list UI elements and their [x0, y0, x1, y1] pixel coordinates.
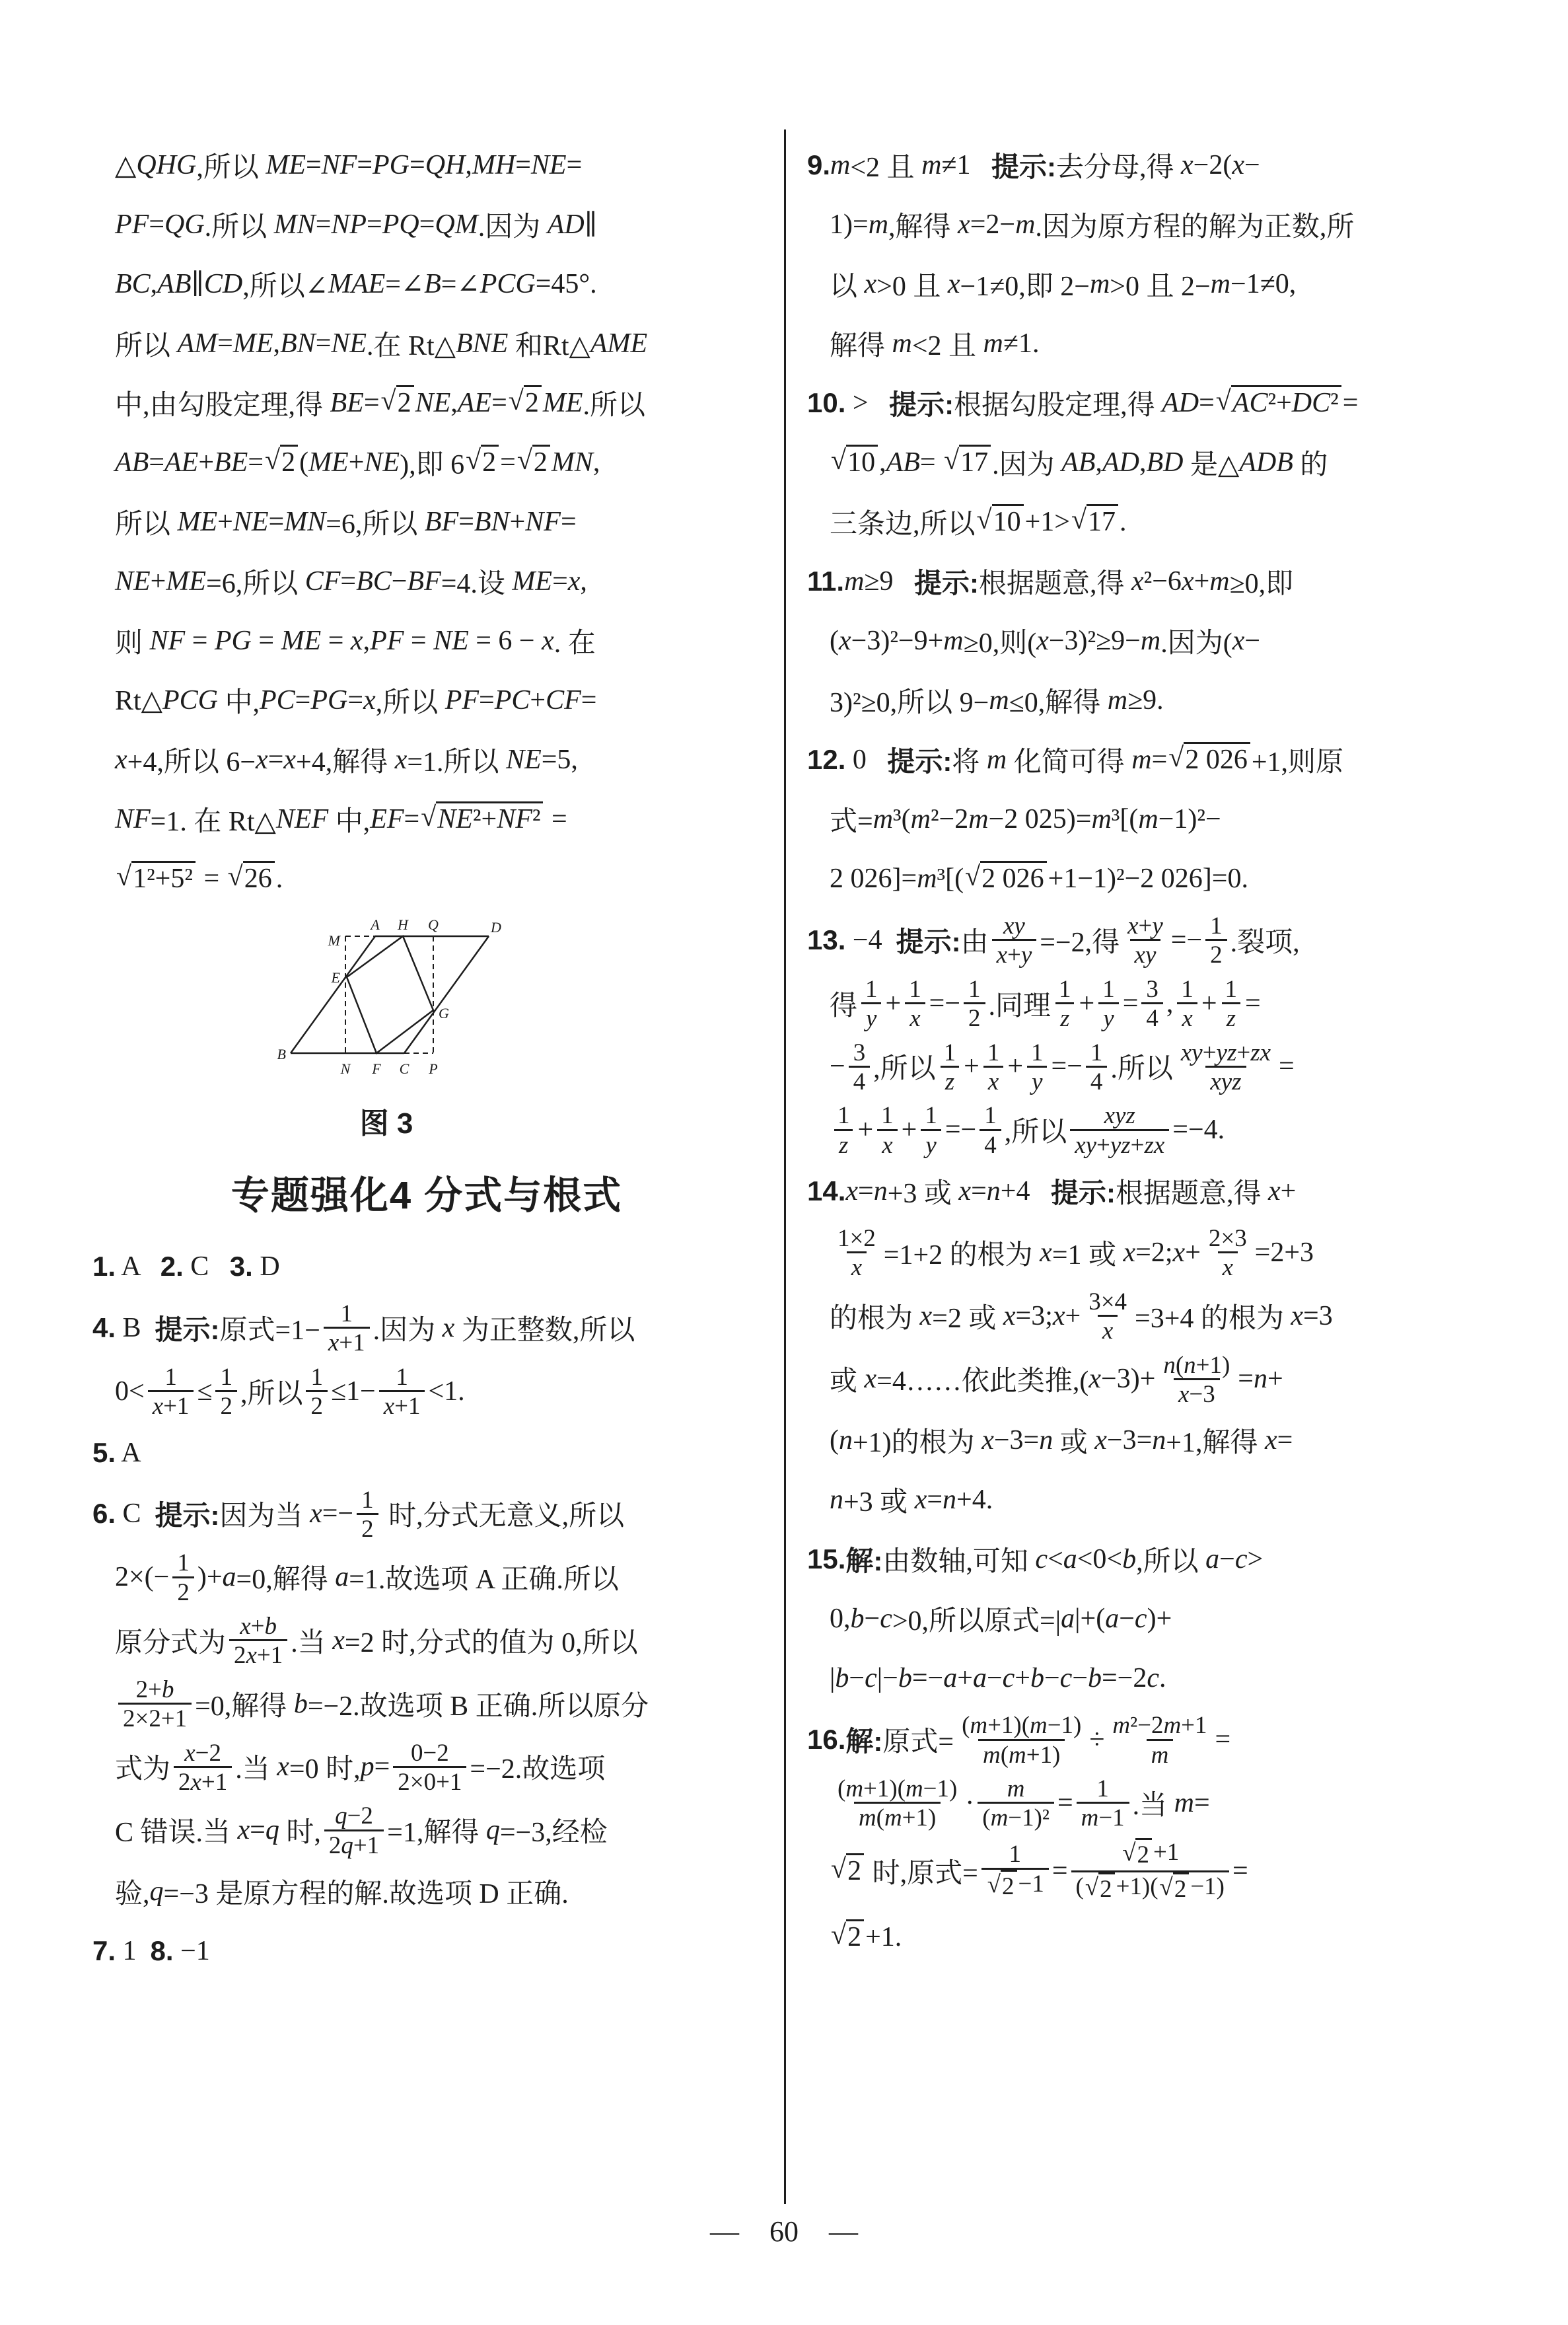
text-line: 13. −4 提示:由xyx+y=−2,得x+yxy=−12.裂项,	[807, 908, 1476, 972]
text-line: √1²+5² = √26.	[92, 849, 761, 908]
left-column: △QHG,所以 ME=NF=PG=QH,MH=NE=PF=QG.所以 MN=NP…	[92, 135, 761, 1981]
text-line: BC,AB∥CD,所以∠MAE=∠B=∠PCG=45°.	[92, 254, 761, 314]
text-line: AB=AE+BE=√2(ME+NE),即 6√2=√2MN,	[92, 433, 761, 492]
label-Q: Q	[428, 918, 439, 933]
text-line: √10,AB= √17.因为 AB,AD,BD 是△ADB 的	[807, 433, 1476, 492]
text-line: √2+1.	[807, 1907, 1476, 1967]
text-line: 中,由勾股定理,得 BE=√2NE,AE=√2ME.所以	[92, 373, 761, 433]
label-A: A	[369, 918, 380, 933]
right-column: 9. m<2 且 m≠1 提示:去分母,得 x−2(x−1)=m,解得 x=2−…	[807, 135, 1476, 1967]
text-line: 的根为 x=2 或 x=3;x+3×4x=3+4 的根为 x=3	[807, 1284, 1476, 1348]
label-N: N	[340, 1060, 351, 1077]
text-line: 验,q=−3 是原方程的解.故选项 D 正确.	[92, 1862, 761, 1921]
text-line: 2 026]=m³[(√2 026+1−1)²−2 026]=0.	[807, 849, 1476, 908]
page-number: 60	[769, 2215, 799, 2248]
figure-caption: 图 3	[267, 1099, 505, 1142]
column-divider	[784, 129, 786, 2204]
text-line: 1)=m,解得 x=2−m.因为原方程的解为正数,所	[807, 195, 1476, 254]
text-line: 则 NF = PG = ME = x,PF = NE = 6 − x. 在	[92, 611, 761, 671]
text-line: △QHG,所以 ME=NF=PG=QH,MH=NE=	[92, 135, 761, 195]
text-line: (m+1)(m−1)m(m+1)·m(m−1)²=1m−1.当 m=	[807, 1771, 1476, 1835]
text-line: 3)²≥0,所以 9−m≤0,解得 m≥9.	[807, 671, 1476, 730]
solution-text: △QHG,所以 ME=NF=PG=QH,MH=NE=PF=QG.所以 MN=NP…	[92, 135, 761, 908]
text-line: C 错误.当 x=q 时,q−22q+1=1,解得 q=−3,经检	[92, 1798, 761, 1862]
text-line: (n+1)的根为 x−3=n 或 x−3=n+1,解得 x=	[807, 1411, 1476, 1470]
text-line: PF=QG.所以 MN=NP=PQ=QM.因为 AD∥	[92, 195, 761, 254]
page: { "page": { "background": "#ffffff", "in…	[0, 0, 1568, 2325]
text-line: 7. 1 8. −1	[92, 1921, 761, 1981]
label-G: G	[439, 1005, 449, 1021]
text-line: 式=m³(m²−2m−2 025)=m³[(m−1)²−	[807, 790, 1476, 849]
text-line: NF=1. 在 Rt△NEF 中,EF=√NE²+NF² =	[92, 790, 761, 849]
text-line: −34,所以1z+1x+1y=−14.所以xy+yz+zxxyz=	[807, 1035, 1476, 1099]
text-line: x+4,所以 6−x=x+4,解得 x=1.所以 NE=5,	[92, 730, 761, 790]
right-answers: 9. m<2 且 m≠1 提示:去分母,得 x−2(x−1)=m,解得 x=2−…	[807, 135, 1476, 1967]
label-B: B	[277, 1046, 286, 1062]
section-header: 专题强化4 分式与根式	[92, 1164, 761, 1220]
text-line: 解得 m<2 且 m≠1.	[807, 314, 1476, 373]
parallelogram-square-diagram: M A H Q D E G B N F C P	[267, 918, 505, 1083]
text-line: |b−c|−b=−a+a−c+b−c−b=−2c.	[807, 1648, 1476, 1708]
label-C: C	[400, 1060, 410, 1077]
text-line: NE+ME=6,所以 CF=BC−BF=4.设 ME=x,	[92, 552, 761, 611]
text-line: Rt△PCG 中,PC=PG=x,所以 PF=PC+CF=	[92, 671, 761, 730]
text-line: 1z+1x+1y=−14,所以xyzxy+yz+zx=−4.	[807, 1098, 1476, 1162]
label-F: F	[371, 1060, 381, 1077]
figure-3: M A H Q D E G B N F C P 图 3	[267, 918, 505, 1142]
text-line: 15. 解:由数轴,可知 c<a<0<b,所以 a−c>	[807, 1530, 1476, 1589]
text-line: 0<1x+1≤12,所以12≤1−1x+1<1.	[92, 1360, 761, 1423]
label-H: H	[397, 918, 409, 933]
text-line: 12. 0 提示:将 m 化简可得 m=√2 026+1,则原	[807, 730, 1476, 790]
text-line: 或 x=4……依此类推,(x−3)+n(n+1)x−3=n+	[807, 1348, 1476, 1411]
label-M: M	[328, 932, 341, 949]
left-answers: 1. A 2. C 3. D4. B 提示:原式=1−1x+1.因为 x 为正整…	[92, 1237, 761, 1981]
text-line: 6. C 提示:因为当 x=−12 时,分式无意义,所以	[92, 1483, 761, 1546]
text-line: 0,b−c>0,所以原式=|a|+(a−c)+	[807, 1589, 1476, 1648]
text-line: 得1y+1x=−12.同理1z+1y=34,1x+1z=	[807, 972, 1476, 1035]
text-line: 11. m≥9 提示:根据题意,得 x²−6x+m≥0,即	[807, 552, 1476, 611]
text-line: 14. x=n+3 或 x=n+4 提示:根据题意,得 x+	[807, 1162, 1476, 1221]
text-line: n+3 或 x=n+4.	[807, 1470, 1476, 1530]
page-footer: — 60 —	[0, 2215, 1568, 2248]
label-D: D	[490, 919, 501, 936]
text-line: 原分式为x+b2x+1.当 x=2 时,分式的值为 0,所以	[92, 1609, 761, 1672]
text-line: 1. A 2. C 3. D	[92, 1237, 761, 1296]
text-line: 1×2x=1+2 的根为 x=1 或 x=2;x+2×3x=2+3	[807, 1221, 1476, 1284]
text-line: 2×(−12)+a=0,解得 a=1.故选项 A 正确.所以	[92, 1545, 761, 1609]
text-line: 2+b2×2+1=0,解得 b=−2.故选项 B 正确.所以原分	[92, 1672, 761, 1736]
text-line: 4. B 提示:原式=1−1x+1.因为 x 为正整数,所以	[92, 1296, 761, 1360]
text-line: 所以 AM=ME,BN=NE.在 Rt△BNE 和Rt△AME	[92, 314, 761, 373]
footer-dash-right: —	[829, 2215, 858, 2248]
text-line: 5. A	[92, 1423, 761, 1483]
text-line: 三条边,所以√10+1>√17.	[807, 492, 1476, 552]
text-line: 10. > 提示:根据勾股定理,得 AD=√AC²+DC²=	[807, 373, 1476, 433]
label-E: E	[331, 969, 341, 986]
text-line: 式为x−22x+1.当 x=0 时,p=0−22×0+1=−2.故选项	[92, 1736, 761, 1799]
text-line: √2 时,原式=1√2−1=√2+1(√2+1)(√2−1)=	[807, 1835, 1476, 1908]
text-line: (x−3)²−9+m≥0,则(x−3)²≥9−m.因为(x−	[807, 611, 1476, 671]
text-line: 以 x>0 且 x−1≠0,即 2−m>0 且 2−m−1≠0,	[807, 254, 1476, 314]
label-P: P	[428, 1060, 437, 1077]
footer-dash-left: —	[710, 2215, 739, 2248]
text-line: 16. 解:原式=(m+1)(m−1)m(m+1)÷m²−2m+1m=	[807, 1708, 1476, 1771]
text-line: 所以 ME+NE=MN=6,所以 BF=BN+NF=	[92, 492, 761, 552]
text-line: 9. m<2 且 m≠1 提示:去分母,得 x−2(x−	[807, 135, 1476, 195]
